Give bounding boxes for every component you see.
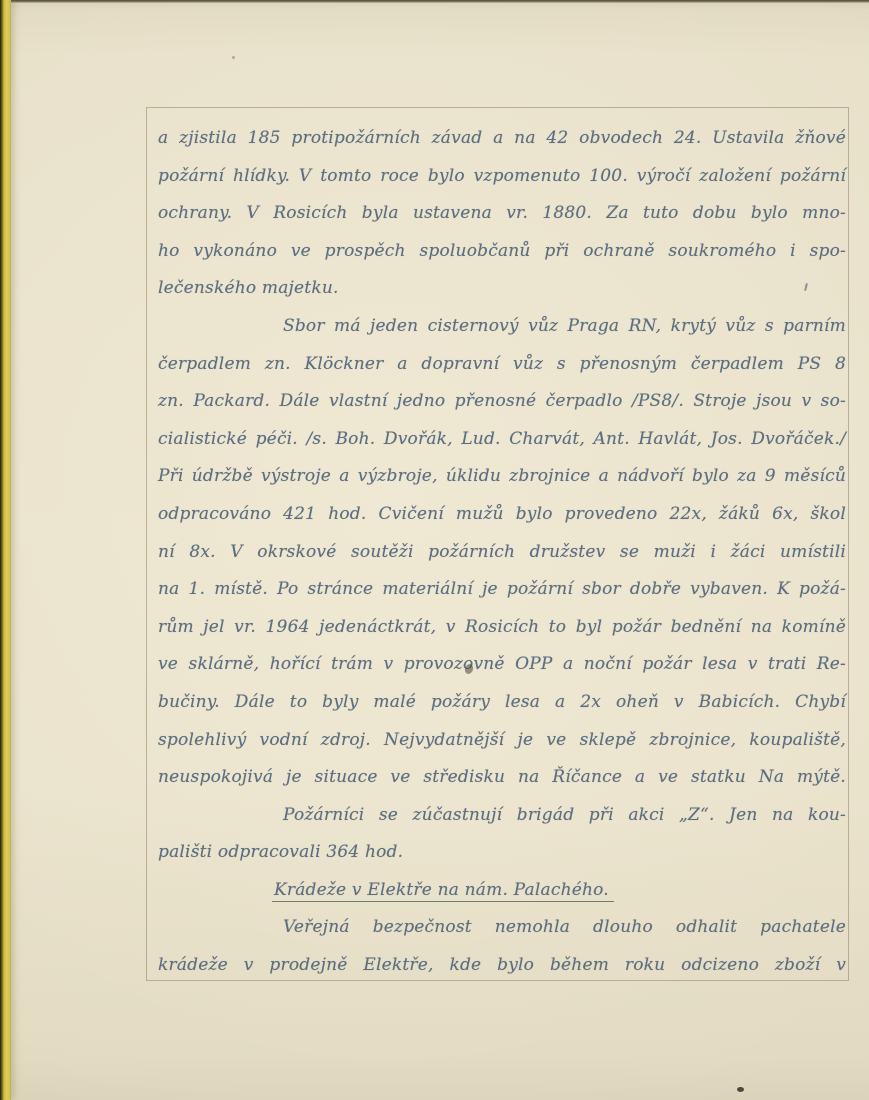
- handwritten-line: na 1. místě. Po stránce materiální je po…: [158, 571, 846, 609]
- handwritten-line: cialistické péči. /s. Boh. Dvořák, Lud. …: [158, 421, 846, 459]
- handwritten-line: neuspokojivá je situace ve středisku na …: [158, 759, 846, 797]
- handwritten-line: ho vykonáno ve prospěch spoluobčanů při …: [158, 233, 846, 271]
- handwritten-line: čerpadlem zn. Klöckner a dopravní vůz s …: [158, 346, 846, 384]
- section-heading: Krádeže v Elektře na nám. Palachého.: [158, 872, 846, 910]
- handwritten-line: spolehlivý vodní zdroj. Nejvydatnější je…: [158, 722, 846, 760]
- photo-top-edge: [0, 0, 869, 3]
- handwritten-line: zn. Packard. Dále vlastní jedno přenosné…: [158, 383, 846, 421]
- handwritten-line: Požárníci se zúčastnují brigád při akci …: [158, 797, 846, 835]
- handwritten-line: požární hlídky. V tomto roce bylo vzpome…: [158, 158, 846, 196]
- book-page-edge: [0, 0, 11, 1100]
- handwritten-line: bučiny. Dále to byly malé požáry lesa a …: [158, 684, 846, 722]
- handwritten-line: krádeže v prodejně Elektře, kde bylo běh…: [158, 947, 846, 985]
- manuscript-page: a zjistila 185 protipožárních závad a na…: [0, 0, 869, 1100]
- handwritten-line: pališti odpracovali 364 hod.: [158, 834, 846, 872]
- handwritten-line: ve sklárně, hořící trám v provozovně OPP…: [158, 646, 846, 684]
- handwritten-line: Při údržbě výstroje a výzbroje, úklidu z…: [158, 458, 846, 496]
- paper-speck: [232, 56, 235, 59]
- handwritten-line: Veřejná bezpečnost nemohla dlouho odhali…: [158, 909, 846, 947]
- ink-speck: [737, 1087, 744, 1092]
- handwritten-line: a zjistila 185 protipožárních závad a na…: [158, 120, 846, 158]
- handwritten-text-block: a zjistila 185 protipožárních závad a na…: [158, 120, 846, 985]
- handwritten-line: odpracováno 421 hod. Cvičení mužů bylo p…: [158, 496, 846, 534]
- handwritten-line: lečenského majetku.: [158, 270, 846, 308]
- handwritten-line: ní 8x. V okrskové soutěži požárních druž…: [158, 534, 846, 572]
- handwritten-line: ochrany. V Rosicích byla ustavena vr. 18…: [158, 195, 846, 233]
- handwritten-line: Sbor má jeden cisternový vůz Praga RN, k…: [158, 308, 846, 346]
- handwritten-line: rům jel vr. 1964 jedenáctkrát, v Rosicíc…: [158, 609, 846, 647]
